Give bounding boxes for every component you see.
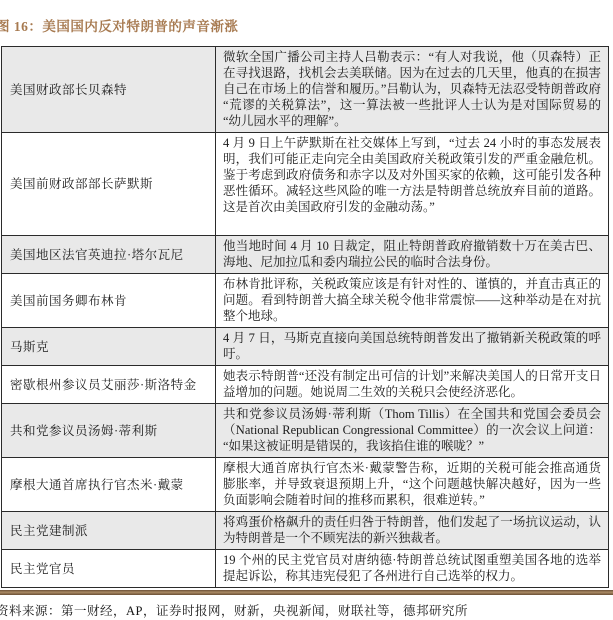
speaker-cell: 民主党官员 (2, 550, 216, 588)
figure-bottom-rule (0, 590, 613, 595)
statement-cell: 他当地时间 4 月 10 日裁定，阻止特朗普政府撤销数十万在美古巴、海地、尼加拉… (216, 236, 609, 274)
table-row: 摩根大通首席执行官杰米·戴蒙 摩根大通首席执行官杰米·戴蒙警告称，近期的关税可能… (2, 458, 609, 512)
speaker-cell: 美国前国务卿布林肯 (2, 274, 216, 328)
opposition-voices-table: 美国财政部长贝森特 微软全国广播公司主持人吕勒表示：“有人对我说，他（贝森特）正… (1, 46, 609, 588)
statement-cell: 她表示特朗普“还没有制定出可信的计划”来解决美国人的日常开支日益增加的问题。她说… (216, 366, 609, 404)
table-row: 美国前财政部部长萨默斯 4 月 9 日上午萨默斯在社交媒体上写到，“过去 24 … (2, 133, 609, 236)
table-body: 美国财政部长贝森特 微软全国广播公司主持人吕勒表示：“有人对我说，他（贝森特）正… (2, 47, 609, 588)
table-row: 民主党建制派 将鸡蛋价格飙升的责任归咎于特朗普，他们发起了一场抗议运动，认为特朗… (2, 512, 609, 550)
speaker-cell: 民主党建制派 (2, 512, 216, 550)
statement-cell: 布林肯批评称，关税政策应该是有针对性的、谨慎的，并直击真正的问题。看到特朗普大搞… (216, 274, 609, 328)
statement-cell: 摩根大通首席执行官杰米·戴蒙警告称，近期的关税可能会推高通货膨胀率，并导致衰退预… (216, 458, 609, 512)
statement-cell: 19 个州的民主党官员对唐纳德·特朗普总统试图重塑美国各地的选举提起诉讼，称其违… (216, 550, 609, 588)
speaker-cell: 密歇根州参议员艾丽莎·斯洛特金 (2, 366, 216, 404)
statement-cell: 4 月 7 日，马斯克直接向美国总统特朗普发出了撤销新关税政策的呼吁。 (216, 328, 609, 366)
figure-16-panel: 图 16：美国国内反对特朗普的声音渐涨 美国财政部长贝森特 微软全国广播公司主持… (0, 0, 613, 620)
figure-source: 资料来源：第一财经，AP，证券时报网，财新，央视新闻，财联社等，德邦研究所 (0, 601, 613, 619)
table-row: 民主党官员 19 个州的民主党官员对唐纳德·特朗普总统试图重塑美国各地的选举提起… (2, 550, 609, 588)
table-row: 美国地区法官英迪拉·塔尔瓦尼 他当地时间 4 月 10 日裁定，阻止特朗普政府撤… (2, 236, 609, 274)
speaker-cell: 马斯克 (2, 328, 216, 366)
speaker-cell: 美国前财政部部长萨默斯 (2, 133, 216, 236)
speaker-cell: 美国地区法官英迪拉·塔尔瓦尼 (2, 236, 216, 274)
speaker-cell: 摩根大通首席执行官杰米·戴蒙 (2, 458, 216, 512)
statement-cell: 共和党参议员汤姆·蒂利斯（Thom Tillis）在全国共和党国会委员会（Nat… (216, 404, 609, 458)
table-row: 密歇根州参议员艾丽莎·斯洛特金 她表示特朗普“还没有制定出可信的计划”来解决美国… (2, 366, 609, 404)
table-row: 马斯克 4 月 7 日，马斯克直接向美国总统特朗普发出了撤销新关税政策的呼吁。 (2, 328, 609, 366)
table-row: 美国前国务卿布林肯 布林肯批评称，关税政策应该是有针对性的、谨慎的，并直击真正的… (2, 274, 609, 328)
statement-cell: 微软全国广播公司主持人吕勒表示：“有人对我说，他（贝森特）正在寻找退路，找机会去… (216, 47, 609, 133)
table-row: 共和党参议员汤姆·蒂利斯 共和党参议员汤姆·蒂利斯（Thom Tillis）在全… (2, 404, 609, 458)
statement-cell: 4 月 9 日上午萨默斯在社交媒体上写到，“过去 24 小时的事态发展表明，我们… (216, 133, 609, 236)
table-row: 美国财政部长贝森特 微软全国广播公司主持人吕勒表示：“有人对我说，他（贝森特）正… (2, 47, 609, 133)
speaker-cell: 共和党参议员汤姆·蒂利斯 (2, 404, 216, 458)
speaker-cell: 美国财政部长贝森特 (2, 47, 216, 133)
figure-title: 图 16：美国国内反对特朗普的声音渐涨 (0, 15, 613, 35)
statement-cell: 将鸡蛋价格飙升的责任归咎于特朗普，他们发起了一场抗议运动，认为特朗普是一个不顾宪… (216, 512, 609, 550)
